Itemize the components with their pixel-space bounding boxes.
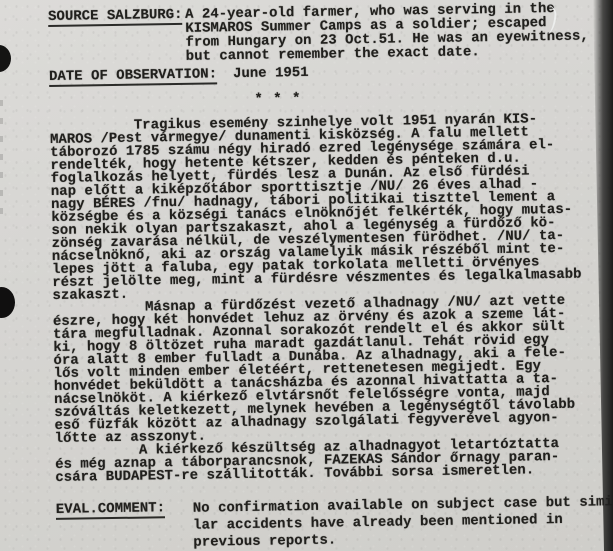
date-value: June 1951 — [233, 66, 309, 81]
source-label-text: SOURCE SALZBURG: — [48, 8, 183, 27]
eval-comment-text: No confirmation available on subject cas… — [193, 494, 613, 551]
body-paragraph-3: A kiérkező készültség az alhadnagyot let… — [55, 437, 601, 485]
source-section: SOURCE SALZBURG: A 24-year-old farmer, w… — [48, 1, 594, 66]
source-label: SOURCE SALZBURG: — [48, 8, 185, 27]
eval-comment-section: EVAL.COMMENT: No confirmation available … — [56, 494, 602, 551]
body-paragraph-2: Másnap a fürdőzést vezető alhadnagy /NU/… — [53, 294, 600, 446]
asterisk-separator: * * * — [254, 87, 594, 106]
hole-punch-top — [0, 45, 11, 72]
hole-punch-bottom — [0, 287, 15, 318]
date-label-text: DATE OF OBSERVATION: — [49, 67, 217, 87]
document-content: SOURCE SALZBURG: A 24-year-old farmer, w… — [48, 1, 601, 551]
date-label: DATE OF OBSERVATION: — [49, 67, 217, 87]
source-description: A 24-year-old farmer, who was serving in… — [185, 2, 589, 64]
scan-edge-flecks — [0, 100, 3, 220]
eval-label-text: EVAL.COMMENT: — [56, 501, 165, 520]
date-of-observation-section: DATE OF OBSERVATION: June 1951 — [49, 61, 594, 87]
body-paragraph-1: Tragikus esemény szinhelye volt 1951 nya… — [50, 112, 598, 303]
scanned-document-page: SOURCE SALZBURG: A 24-year-old farmer, w… — [0, 0, 613, 551]
eval-label: EVAL.COMMENT: — [56, 501, 193, 520]
